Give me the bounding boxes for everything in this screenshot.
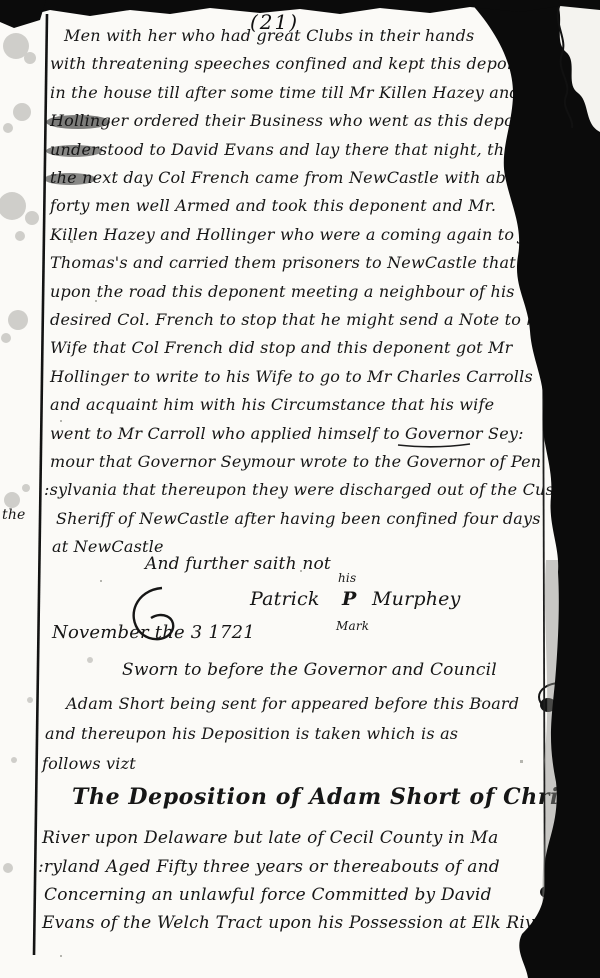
manuscript-line: with threatening speeches confined and k… [50, 56, 517, 72]
margin-word: the [2, 508, 26, 522]
sworn-line: Sworn to before the Governor and Council [122, 662, 497, 679]
manuscript-line: desired Col. French to stop that he migh… [50, 312, 551, 328]
manuscript-line: Thomas's and carried them prisoners to N… [50, 255, 516, 271]
manuscript-line: Killen Hazey and Hollinger who were a co… [50, 227, 557, 243]
manuscript-line: at NewCastle [52, 539, 164, 555]
manuscript-page: (21) Men with her who had great Clubs in… [0, 0, 600, 978]
manuscript-line: mour that Governor Seymour wrote to the … [50, 454, 541, 470]
manuscript-line: Men with her who had great Clubs in thei… [64, 28, 474, 44]
manuscript-line: went to Mr Carroll who applied himself t… [50, 426, 524, 442]
deposition-line: :ryland Aged Fifty three years or therea… [38, 859, 500, 876]
signature-mark-label: Mark [336, 620, 369, 632]
signature-last-name: Murphey [372, 590, 461, 609]
board-line: Adam Short being sent for appeared befor… [66, 696, 519, 712]
manuscript-text-layer: (21) Men with her who had great Clubs in… [0, 0, 600, 978]
signature-his-label: his [338, 572, 356, 584]
manuscript-line: the next day Col French came from NewCas… [50, 170, 533, 186]
signature-first-name: Patrick [250, 590, 320, 609]
manuscript-line: forty men well Armed and took this depon… [50, 198, 496, 214]
deposition-line: Evans of the Welch Tract upon his Posses… [42, 915, 535, 932]
manuscript-line: Hollinger to write to his Wife to go to … [50, 369, 533, 385]
manuscript-line: in the house till after some time till M… [50, 85, 520, 101]
board-line: follows vizt [42, 756, 136, 772]
deposition-line: Concerning an unlawful force Committed b… [44, 887, 492, 904]
date-line: November the 3 1721 [52, 624, 255, 642]
board-line: and thereupon his Deposition is taken wh… [45, 726, 458, 742]
manuscript-line: and acquaint him with his Circumstance t… [50, 397, 494, 413]
deposition-heading: The Deposition of Adam Short of Christin… [72, 786, 600, 808]
manuscript-line: Hollinger ordered their Business who wen… [50, 113, 514, 129]
manuscript-line: Wife that Col French did stop and this d… [50, 340, 513, 356]
signature-mark-letter: P [342, 590, 357, 609]
closing-line: And further saith not [145, 556, 331, 573]
manuscript-line: Sheriff of NewCastle after having been c… [56, 511, 541, 527]
manuscript-line: :sylvania that thereupon they were disch… [44, 482, 561, 498]
manuscript-line: upon the road this deponent meeting a ne… [50, 284, 515, 300]
deposition-line: River upon Delaware but late of Cecil Co… [42, 830, 498, 847]
manuscript-line: understood to David Evans and lay there … [50, 142, 514, 158]
